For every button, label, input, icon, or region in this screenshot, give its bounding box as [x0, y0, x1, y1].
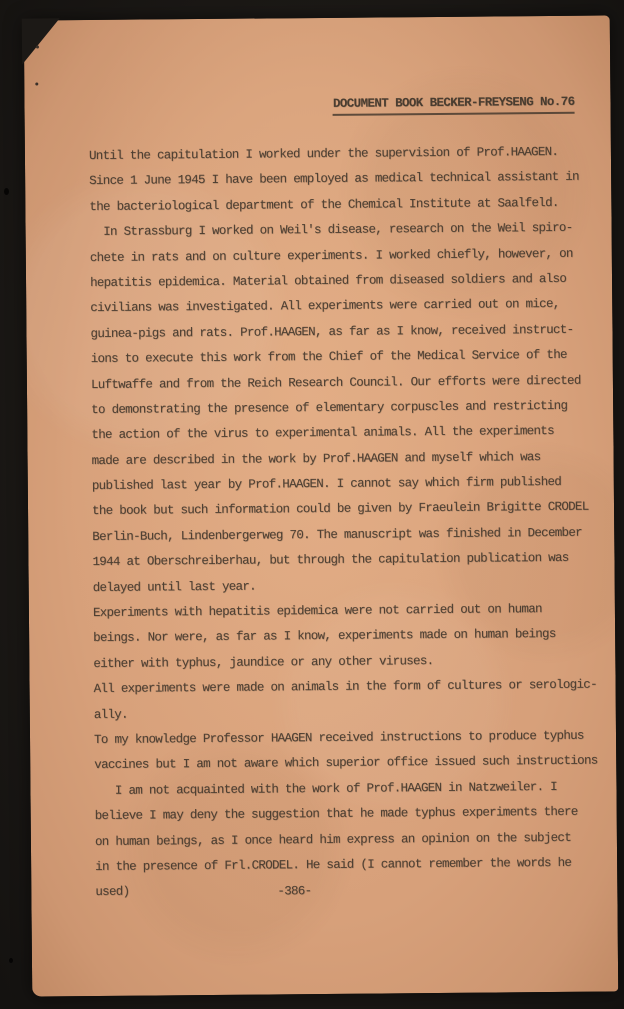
document-title: DOCUMENT BOOK BECKER-FREYSENG No.76 [333, 95, 575, 116]
typewritten-lines: Until the capitulation I worked under th… [89, 140, 610, 906]
typewritten-page: DOCUMENT BOOK BECKER-FREYSENG No.76 Unti… [24, 15, 618, 996]
torn-corner [22, 18, 60, 64]
text-line: believe I may deny the suggestion that h… [95, 800, 609, 830]
ink-speck [36, 45, 39, 48]
text-line: In Strassburg I worked on Weil's disease… [89, 216, 603, 246]
ink-speck [35, 82, 38, 85]
page-number: -386- [277, 879, 311, 905]
text-line: in the presence of Frl.CRODEL. He said (… [95, 850, 609, 880]
scanned-document-photo: DOCUMENT BOOK BECKER-FREYSENG No.76 Unti… [0, 0, 624, 1009]
text-line: 1944 at Oberschreiberhau, but through th… [92, 546, 606, 576]
text-line: All experiments were made on animals in … [93, 673, 607, 703]
dust-speck [4, 188, 9, 195]
dust-speck [9, 958, 13, 963]
text-line: beings. Nor were, as far as I know, expe… [93, 622, 607, 652]
text-line: ions to execute this work from the Chief… [91, 343, 605, 373]
text-line: used) [95, 876, 609, 906]
